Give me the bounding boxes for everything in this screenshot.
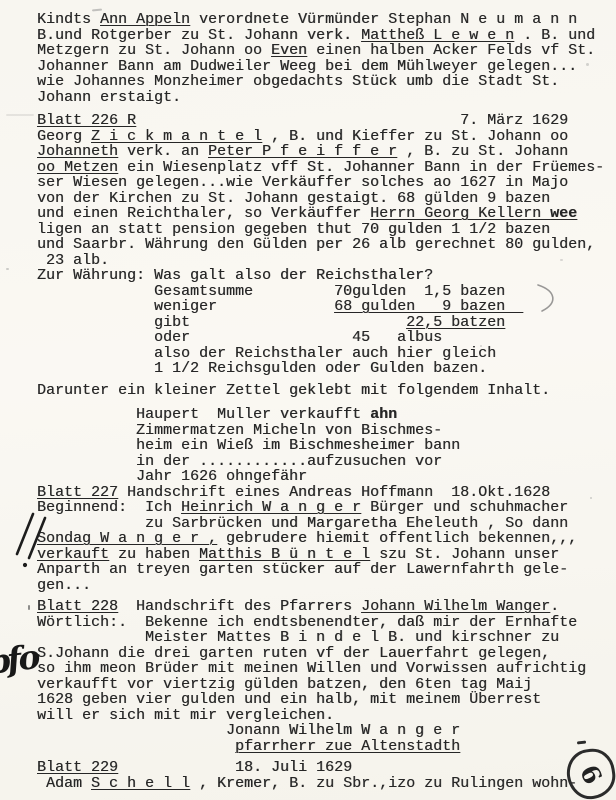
text-line: Wörtlich:. Bekenne ich endtsbenendter, d… [37,615,614,631]
text-segment: . B. und [514,27,595,44]
text-segment: Matthis B ü n t e l [199,546,370,563]
text-segment: Jahr 1626 ohngefähr [37,468,307,485]
text-line: und einen Reichthaler, so Verkäuffer Her… [37,206,614,222]
text-segment: , Kremer, B. zu Sbr.,izo zu Rulingen woh… [190,775,577,792]
text-segment: Johann Wilhelm Wanger [361,598,550,615]
section-heading: Blatt 228 Handschrift des Pfarrers Johan… [37,599,614,615]
text-segment: Darunter ein kleiner Zettel geklebt mit … [37,382,550,399]
margin-note-handwriting: pfo [0,637,39,682]
calc-row: gibt 22,5 batzen [37,315,614,331]
signature-name: Jonann Wilhelm W a n g e r [37,723,614,739]
text-segment: Beginnend: Ich [37,499,181,516]
text-segment: so ihm meon Brüder mit meinen Willen und… [37,660,586,677]
text-line: so ihm meon Brüder mit meinen Willen und… [37,661,614,677]
typewritten-text-area: Kindts Ann Appeln verordnete Vürmünder S… [37,12,614,791]
text-segment: ein Wiesenplatz vff St. Johanner Bann in… [118,159,604,176]
text-segment: S c h e l l [91,775,190,792]
text-segment: Bürger und schuhmacher [361,499,568,516]
text-segment: 22,5 batzen [406,314,505,331]
text-segment: Peter P f e i f f e r [208,143,397,160]
text-segment: Heinrich W a n g e r [181,499,361,516]
text-line: von der Kirchen zu St. Johann gestaigt. … [37,191,614,207]
text-segment: oo Metzen [37,159,118,176]
text-line: Sondag W a n g e r , gebrudere hiemit of… [37,531,614,547]
text-line: wie Johannes Monzheimer obgedachts Stück… [37,74,614,90]
text-line: B.und Rotgerber zu St. Johann verk. Matt… [37,28,614,44]
text-segment: zu Sarbrücken und Margaretha Eheleuth , … [37,515,568,532]
text-line: und Saarbr. Währung den Gülden per 26 al… [37,237,614,253]
text-segment: gibt [37,314,406,331]
text-segment: Blatt 229 [37,759,118,776]
text-segment: Kindts [37,11,100,28]
text-line: Darunter ein kleiner Zettel geklebt mit … [37,383,614,399]
text-line: will er sich mit mir vergleichen. [37,708,614,724]
text-segment: Zimmermatzen Micheln von Bischmes- [37,422,442,439]
zettel-quotation: Haupert Muller verkaufft ahn Zimmermatze… [37,407,614,485]
text-segment: szu St. Johann unser [370,546,559,563]
text-segment: Mattheß L e w e n [361,27,514,44]
text-segment: Metzgern zu St. Johann oo [37,42,271,59]
blatt-228-section: Blatt 228 Handschrift des Pfarrers Johan… [37,599,614,723]
text-line: 1628 geben vier gulden und ein halb, mit… [37,692,614,708]
text-segment: Herrn Georg Kellern [370,205,550,222]
text-segment [136,112,460,129]
text-segment: 18. Juli 1629 [235,759,352,776]
text-line: S.Johann die drei garten ruten vf der La… [37,646,614,662]
text-line: in der ............aufzusuchen vor [37,454,614,470]
text-segment: will er sich mit mir vergleichen. [37,707,334,724]
text-segment: Adam [37,775,91,792]
text-line: oo Metzen ein Wiesenplatz vff St. Johann… [37,160,614,176]
scan-speck [560,259,563,261]
text-line: Kindts Ann Appeln verordnete Vürmünder S… [37,12,614,28]
text-segment: Meister Mattes B i n d e l B. und kirsch… [37,629,559,646]
blatt-229-section: Blatt 229 18. Juli 1629 Adam S c h e l l… [37,760,614,791]
section-heading: Blatt 226 R 7. März 1629 [37,113,614,129]
text-segment: ahn [370,406,397,423]
scan-speck [28,605,30,610]
text-segment: wee [550,205,577,222]
text-segment: Blatt 228 [37,598,118,615]
margin-slash-mark [12,512,50,575]
text-segment: Z i c k m a n t e l [91,128,262,145]
blatt-227-section: Blatt 227 Handschrift eines Andreas Hoff… [37,485,614,594]
text-segment: Blatt 226 R [37,112,136,129]
text-line: heim ein Wieß im Bischmesheimer bann [37,438,614,454]
opening-paragraph: Kindts Ann Appeln verordnete Vürmünder S… [37,12,614,105]
blatt-226-section: Blatt 226 R 7. März 1629 Georg Z i c k m… [37,113,614,268]
text-segment: Sondag W a n g e r , [37,530,217,547]
darunter-note: Darunter ein kleiner Zettel geklebt mit … [37,383,614,399]
text-segment: Handschrift eines Andreas Hoffmann 18.Ok… [118,484,550,501]
text-line: gen... [37,578,614,594]
scan-speck [586,63,589,66]
text-segment: S.Johann die drei garten ruten vf der La… [37,645,550,662]
text-segment: Johanneth [37,143,118,160]
text-segment: und einen Reichthaler, so Verkäuffer [37,205,370,222]
text-line: Johann erstaigt. [37,90,614,106]
text-line: Johanneth verk. an Peter P f e i f f e r… [37,144,614,160]
text-line: Meister Mattes B i n d e l B. und kirsch… [37,630,614,646]
text-segment: weniger [37,298,334,315]
text-line: zu Sarbrücken und Margaretha Eheleuth , … [37,516,614,532]
text-line: Metzgern zu St. Johann oo Even einen hal… [37,43,614,59]
text-segment: . [550,598,559,615]
scan-speck [590,497,592,499]
text-segment: B.und Rotgerber zu St. Johann verk. [37,27,361,44]
text-segment: gebrudere hiemit offentlich bekennen,,, [217,530,577,547]
text-segment: verkaufft vor viertzig gülden batzen, de… [37,676,532,693]
text-segment: Jonann Wilhelm W a n g e r [37,722,460,739]
text-line: Anparth an treyen garten stücker auf der… [37,562,614,578]
text-segment: , B. zu St. Johann [397,143,568,160]
text-segment: verordnete Vürmünder Stephan N e u m a n… [190,11,577,28]
text-segment: gen... [37,577,91,594]
text-line: ligen an statt pension gegeben thut 70 g… [37,222,614,238]
text-segment: 1628 geben vier gulden und ein halb, mit… [37,691,541,708]
text-segment: Anparth an treyen garten stücker auf der… [37,561,568,578]
text-segment: Ann Appeln [100,11,190,28]
text-segment: heim ein Wieß im Bischmesheimer bann [37,437,460,454]
section-heading: Blatt 227 Handschrift eines Andreas Hoff… [37,485,614,501]
text-segment: 23 alb. [37,252,109,269]
text-segment: in der ............aufzusuchen vor [37,453,442,470]
text-segment: oder 45 albus [37,329,442,346]
pen-squiggle [534,283,560,318]
text-segment: 1 1/2 Reichsgulden oder Gulden bazen. [37,360,487,377]
text-line: verkaufft vor viertzig gülden batzen, de… [37,677,614,693]
calc-row: Gesamtsumme 70gulden 1,5 bazen [37,284,614,300]
text-line: 23 alb. [37,253,614,269]
text-line: also der Reichsthaler auch hier gleich [37,346,614,362]
text-line: Haupert Muller verkaufft ahn [37,407,614,423]
text-segment [118,759,235,776]
text-line: Beginnend: Ich Heinrich W a n g e r Bürg… [37,500,614,516]
text-segment: pfarrherr zue Altenstadth [235,738,460,755]
text-segment: Johann erstaigt. [37,89,181,106]
text-segment: Zur Währung: Was galt also der Reichstha… [37,267,433,284]
text-segment: Haupert Muller verkaufft [37,406,370,423]
signature-title: pfarrherr zue Altenstadth [37,739,614,755]
text-line: ser Wiesen gelegen...wie Verkäuffer solc… [37,175,614,191]
scan-speck [480,345,482,347]
calc-row: oder 45 albus [37,330,614,346]
text-segment: Wörtlich:. Bekenne ich endtsbenendter, d… [37,614,577,631]
text-segment: einen halben Acker Felds vf St. [307,42,595,59]
text-segment: von der Kirchen zu St. Johann gestaigt. … [37,190,550,207]
signature-block: Jonann Wilhelm W a n g e r pfarrherr zue… [37,723,614,754]
text-line: Zur Währung: Was galt also der Reichstha… [37,268,614,284]
scan-speck [6,114,34,116]
text-segment: 68 gulden 9 bazen [334,298,523,315]
text-segment [37,738,235,755]
text-segment: wie Johannes Monzheimer obgedachts Stück… [37,73,559,90]
section-heading: Blatt 229 18. Juli 1629 [37,760,614,776]
page-number-digit: 6 [574,760,608,788]
text-segment: zu haben [109,546,199,563]
scan-speck [6,268,9,270]
text-segment: Blatt 227 [37,484,118,501]
scanned-document-page: Kindts Ann Appeln verordnete Vürmünder S… [0,0,616,800]
text-segment: 7. März 1629 [460,112,568,129]
text-segment: und Saarbr. Währung den Gülden per 26 al… [37,236,595,253]
text-segment: Johanner Bann am Dudweiler Weeg bei dem … [37,58,577,75]
text-line: Zimmermatzen Micheln von Bischmes- [37,423,614,439]
text-line: Johanner Bann am Dudweiler Weeg bei dem … [37,59,614,75]
text-segment: Georg [37,128,91,145]
text-line: verkauft zu haben Matthis B ü n t e l sz… [37,547,614,563]
text-segment: , B. und Kieffer zu St. Johann oo [262,128,568,145]
text-segment: ser Wiesen gelegen...wie Verkäuffer solc… [37,174,568,191]
text-line: Georg Z i c k m a n t e l , B. und Kieff… [37,129,614,145]
text-segment: verk. an [118,143,208,160]
text-segment: also der Reichsthaler auch hier gleich [37,345,496,362]
text-line: 1 1/2 Reichsgulden oder Gulden bazen. [37,361,614,377]
text-segment: Handschrift des Pfarrers [118,598,361,615]
text-segment: ligen an statt pension gegeben thut 70 g… [37,221,550,238]
calc-row: weniger 68 gulden 9 bazen [37,299,614,315]
currency-calculation-block: Zur Währung: Was galt also der Reichstha… [37,268,614,377]
text-line: Jahr 1626 ohngefähr [37,469,614,485]
text-line: Adam S c h e l l , Kremer, B. zu Sbr.,iz… [37,776,614,792]
text-segment: Gesamtsumme 70gulden 1,5 bazen [37,283,505,300]
text-segment: Even [271,42,307,59]
